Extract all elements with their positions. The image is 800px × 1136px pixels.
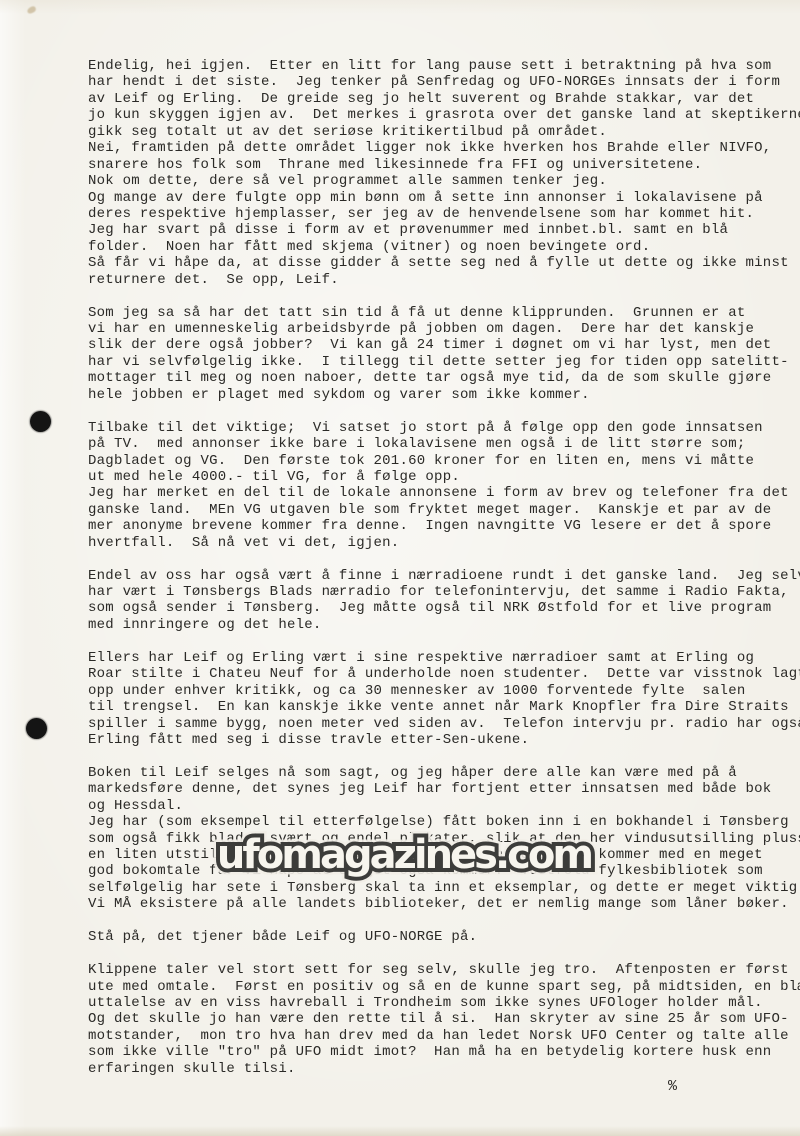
text-line: Tilbake til det viktige; Vi satset jo st… (88, 420, 800, 436)
text-line: snarere hos folk som Thrane med likesinn… (88, 157, 800, 173)
paragraph: Endel av oss har også vært å finne i nær… (88, 568, 800, 634)
text-line: slik der dere også jobber? Vi kan gå 24 … (88, 337, 800, 353)
text-line: hele jobben er plaget med sykdom og vare… (88, 387, 800, 403)
text-line: Og det skulle jo han være den rette til … (88, 1011, 800, 1027)
text-line: Endelig, hei igjen. Etter en litt for la… (88, 58, 800, 74)
text-line: som også sender i Tønsberg. Jeg måtte og… (88, 600, 800, 616)
typed-text: Endelig, hei igjen. Etter en litt for la… (88, 58, 800, 1094)
text-line: god bokomtale får vi håpe at salget også… (88, 863, 800, 879)
text-line: opp under enhver kritikk, og ca 30 menne… (88, 683, 800, 699)
text-line: Jeg har (som eksempel til etterfølgelse)… (88, 814, 800, 830)
text-line: Stå på, det tjener både Leif og UFO-NORG… (88, 929, 800, 945)
text-line: som ikke ville "tro" på UFO midt imot? H… (88, 1044, 800, 1060)
text-line: på TV. med annonser ikke bare i lokalavi… (88, 436, 800, 452)
text-line: returnere det. Se opp, Leif. (88, 272, 800, 288)
paragraph: Tilbake til det viktige; Vi satset jo st… (88, 420, 800, 552)
paragraph: Stå på, det tjener både Leif og UFO-NORG… (88, 929, 800, 945)
text-line: Boken til Leif selges nå som sagt, og je… (88, 765, 800, 781)
paragraph: Ellers har Leif og Erling vært i sine re… (88, 650, 800, 749)
text-line: som også fikk bladet svært og endel plak… (88, 831, 800, 847)
text-line: har vært i Tønsbergs Blads nærradio for … (88, 584, 800, 600)
text-line: mer anonyme brevene kommer fra denne. In… (88, 518, 800, 534)
text-line: Vi MÅ eksistere på alle landets bibliote… (88, 896, 800, 912)
text-line: ut med hele 4000.- til VG, for å følge o… (88, 469, 800, 485)
text-line: Som jeg sa så har det tatt sin tid å få … (88, 305, 800, 321)
text-line: har vi selvfølgelig ikke. I tillegg til … (88, 354, 800, 370)
text-line: jo kun skyggen igjen av. Det merkes i gr… (88, 107, 800, 123)
text-line: gikk seg totalt ut av det seriøse kritik… (88, 124, 800, 140)
text-line: Og mange av dere fulgte opp min bønn om … (88, 190, 800, 206)
paragraph: Klippene taler vel stort sett for seg se… (88, 962, 800, 1077)
text-line: markedsføre denne, det synes jeg Leif ha… (88, 781, 800, 797)
text-line: en liten utstilling i en forretning til.… (88, 847, 800, 863)
text-line: vi har en umenneskelig arbeidsbyrde på j… (88, 321, 800, 337)
text-line: Klippene taler vel stort sett for seg se… (88, 962, 800, 978)
paper-stain (26, 5, 37, 14)
text-line: Endel av oss har også vært å finne i nær… (88, 568, 800, 584)
text-line: motstander, mon tro hva han drev med da … (88, 1028, 800, 1044)
paragraph: Som jeg sa så har det tatt sin tid å få … (88, 305, 800, 404)
text-line: Nei, framtiden på dette området ligger n… (88, 140, 800, 156)
text-line: deres respektive hjemplasser, ser jeg av… (88, 206, 800, 222)
paragraph: Boken til Leif selges nå som sagt, og je… (88, 765, 800, 913)
paragraph: Endelig, hei igjen. Etter en litt for la… (88, 58, 800, 288)
text-line: Ellers har Leif og Erling vært i sine re… (88, 650, 800, 666)
text-line: Erling fått med seg i disse travle etter… (88, 732, 800, 748)
text-line: selfølgelig har sete i Tønsberg skal ta … (88, 880, 800, 896)
text-line: med innringere og det hele. (88, 617, 800, 633)
text-line: Så får vi håpe da, at disse gidder å set… (88, 255, 800, 271)
hole-punch-top (30, 411, 51, 432)
text-line: spiller i samme bygg, noen meter ved sid… (88, 716, 800, 732)
hole-punch-bottom (26, 718, 47, 739)
text-line: Roar stilte i Chateu Neuf for å underhol… (88, 666, 800, 682)
text-line: Nok om dette, dere så vel programmet all… (88, 173, 800, 189)
text-line: ganske land. MEn VG utgaven ble som fryk… (88, 502, 800, 518)
text-line: Jeg har svart på disse i form av et prøv… (88, 222, 800, 238)
page-number-mark: % (668, 1078, 677, 1095)
document-page: Endelig, hei igjen. Etter en litt for la… (0, 0, 800, 1136)
text-line: uttalelse av en viss havreball i Trondhe… (88, 995, 800, 1011)
text-line: mottager til meg og noen naboer, dette t… (88, 370, 800, 386)
text-line: folder. Noen har fått med skjema (vitner… (88, 239, 800, 255)
text-line: ute med omtale. Først en positiv og så e… (88, 979, 800, 995)
text-line: til trengsel. En kan kanskje ikke vente … (88, 699, 800, 715)
text-line: Dagbladet og VG. Den første tok 201.60 k… (88, 453, 800, 469)
text-line: og Hessdal. (88, 798, 800, 814)
text-line: Jeg har merket en del til de lokale anno… (88, 485, 800, 501)
text-line: hvertfall. Så nå vet vi det, igjen. (88, 535, 800, 551)
text-line: av Leif og Erling. De greide seg jo helt… (88, 91, 800, 107)
text-line: har hendt i det siste. Jeg tenker på Sen… (88, 74, 800, 90)
text-line: erfaringen skulle tilsi. (88, 1061, 800, 1077)
